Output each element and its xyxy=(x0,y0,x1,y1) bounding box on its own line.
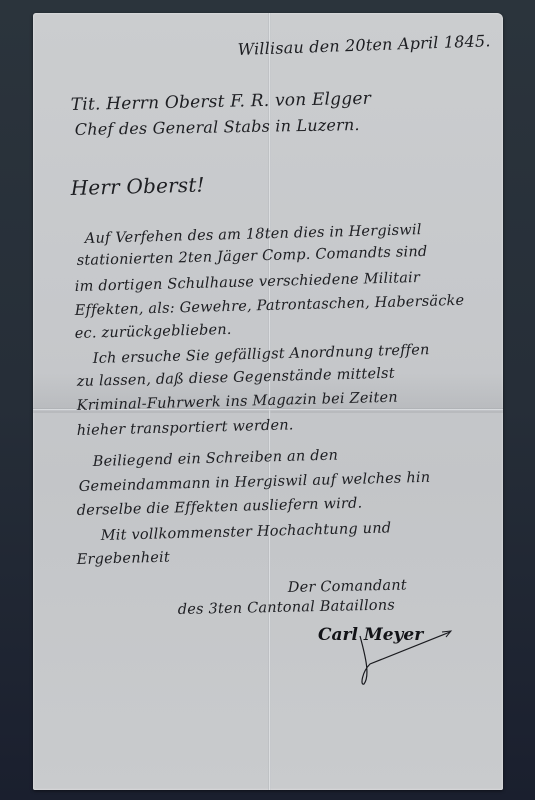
body-line: Ergebenheit xyxy=(77,550,171,568)
signature-flourish-icon xyxy=(358,628,458,688)
body-line: hieher transportiert werden. xyxy=(77,417,294,439)
body-line: Ich ersuche Sie gefälligst Anordnung tre… xyxy=(93,342,430,367)
body-line: im dortigen Schulhause verschiedene Mili… xyxy=(75,270,421,295)
addressee-line-1: Tit. Herrn Oberst F. R. von Elgger xyxy=(71,89,372,115)
body-line: derselbe die Effekten ausliefern wird. xyxy=(77,496,363,519)
salutation: Herr Oberst! xyxy=(70,172,205,200)
body-line: stationierten 2ten Jäger Comp. Comandts … xyxy=(77,244,428,269)
body-line: ec. zurückgeblieben. xyxy=(75,322,232,342)
body-line: Beiliegend ein Schreiben an den xyxy=(93,448,339,470)
date-line: Willisau den 20ten April 1845. xyxy=(237,31,491,59)
addressee-line-2: Chef des General Stabs in Luzern. xyxy=(75,115,360,139)
closing-line-2: des 3ten Cantonal Bataillons xyxy=(178,597,395,618)
body-line: Gemeindammann in Hergiswil auf welches h… xyxy=(79,470,431,495)
body-line: Auf Verfehen des am 18ten dies in Hergis… xyxy=(85,222,422,247)
body-line: Mit vollkommenster Hochachtung und xyxy=(101,520,392,544)
closing-line-1: Der Comandant xyxy=(288,578,407,596)
letter-paper: Willisau den 20ten April 1845. Tit. Herr… xyxy=(33,13,503,790)
